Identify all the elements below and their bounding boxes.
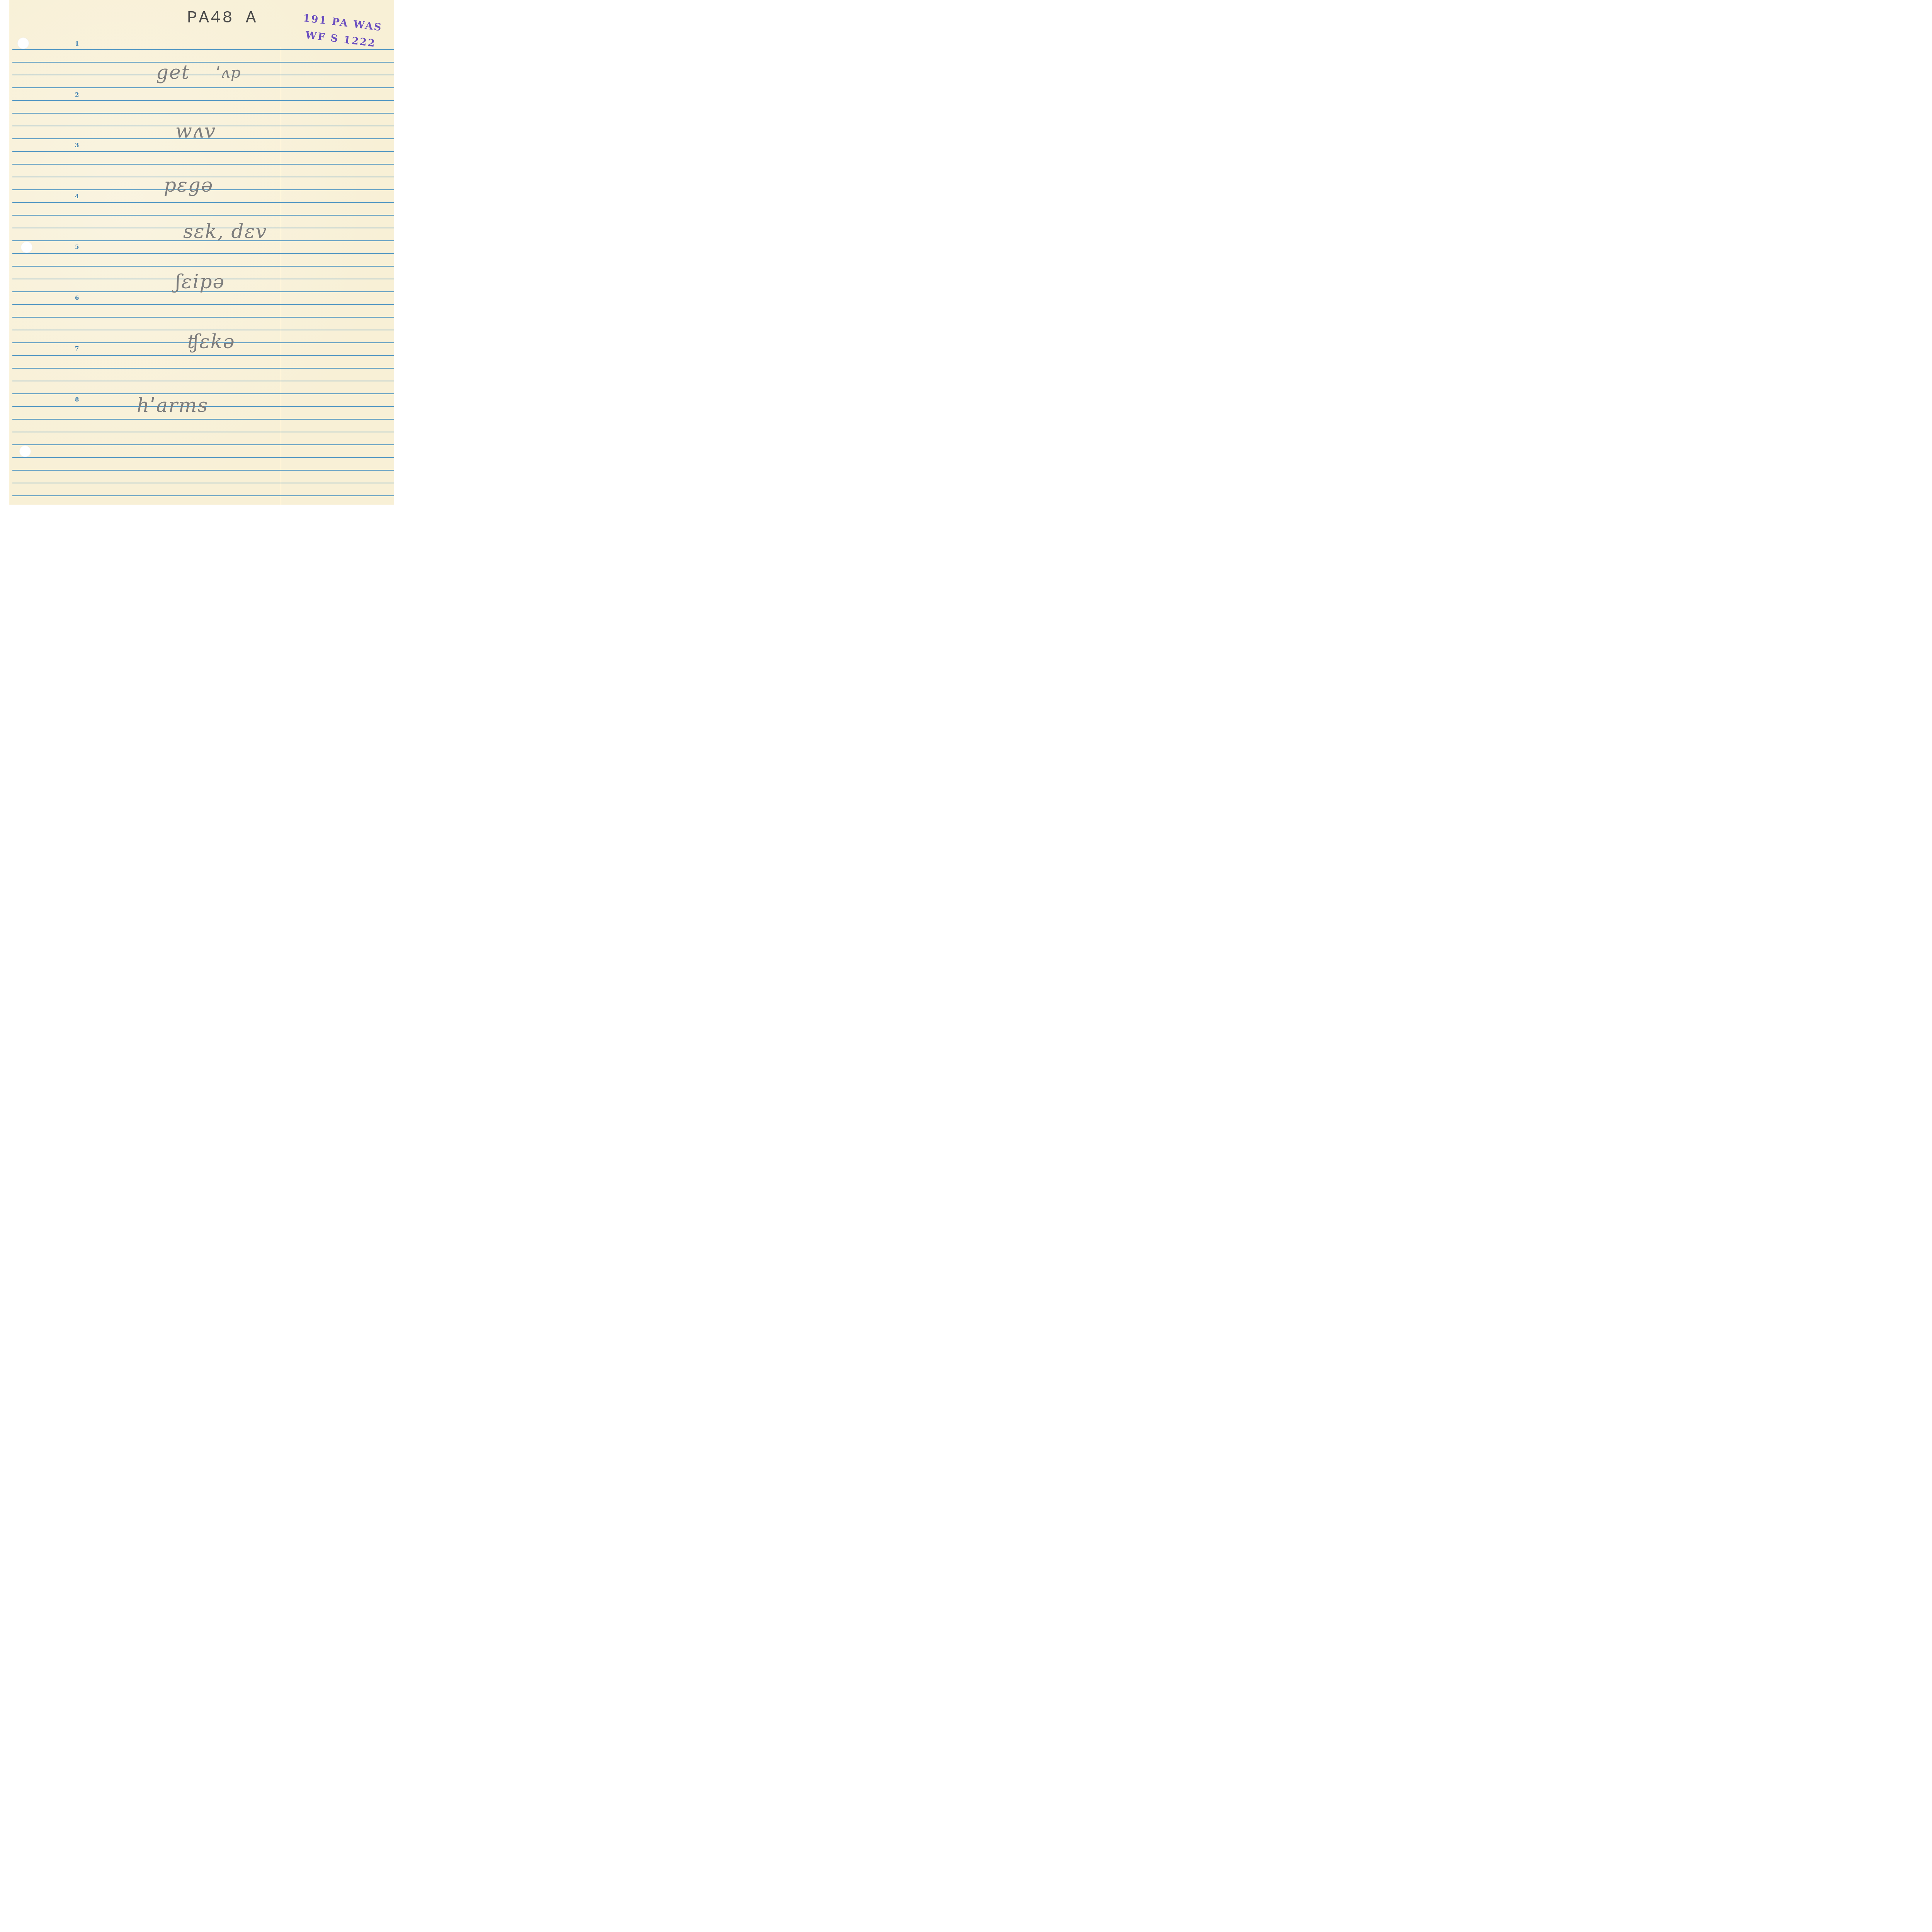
rule-line [12,151,394,152]
rule-line [12,317,394,318]
entry-1-annotation: ˈʌp [216,64,241,82]
typed-code: PA48 A [187,9,257,28]
line-number-7: 7 [75,345,79,352]
entry-1-text: get [156,61,190,83]
rule-line [12,75,394,75]
rule-line [12,164,394,165]
rule-line [12,457,394,458]
entry-7-text: hˈarms [137,394,208,417]
line-number-3: 3 [75,142,79,149]
line-number-8: 8 [75,396,79,403]
rule-line [12,87,394,88]
rule-line [12,368,394,369]
hole-punch-top [17,37,29,49]
rule-line [12,419,394,420]
rule-line [12,444,394,445]
rule-line [12,495,394,496]
line-number-6: 6 [75,294,79,301]
column-divider [281,47,281,505]
line-number-1: 1 [75,40,79,47]
line-number-4: 4 [75,193,79,200]
entry-4-text: sɛk, dɛv [183,220,267,243]
rule-line [12,202,394,203]
line-number-5: 5 [75,243,79,250]
entry-2-text: wʌv [175,120,216,142]
rule-line [12,100,394,101]
entry-6-text: ʧɛkə [187,330,235,353]
rule-line [12,483,394,483]
hole-punch-bottom [19,446,31,457]
paper-sheet: PA48 A 191 PA WAS WF S 1222 3 38. 1 2 3 … [9,0,394,505]
entry-3-text: pɛgə [164,174,213,196]
rule-line [12,49,394,50]
ruled-lines [9,0,394,505]
rule-line [12,215,394,216]
rule-line [12,381,394,381]
rule-line [12,470,394,471]
rule-line [12,304,394,305]
hole-punch-middle [21,241,32,253]
rule-line [12,266,394,267]
line-number-2: 2 [75,91,79,98]
rule-line [12,113,394,114]
rule-line [12,62,394,63]
entry-5-text: ʃɛipə [175,270,225,293]
rule-line [12,253,394,254]
rule-line [12,355,394,356]
rule-line [12,432,394,432]
